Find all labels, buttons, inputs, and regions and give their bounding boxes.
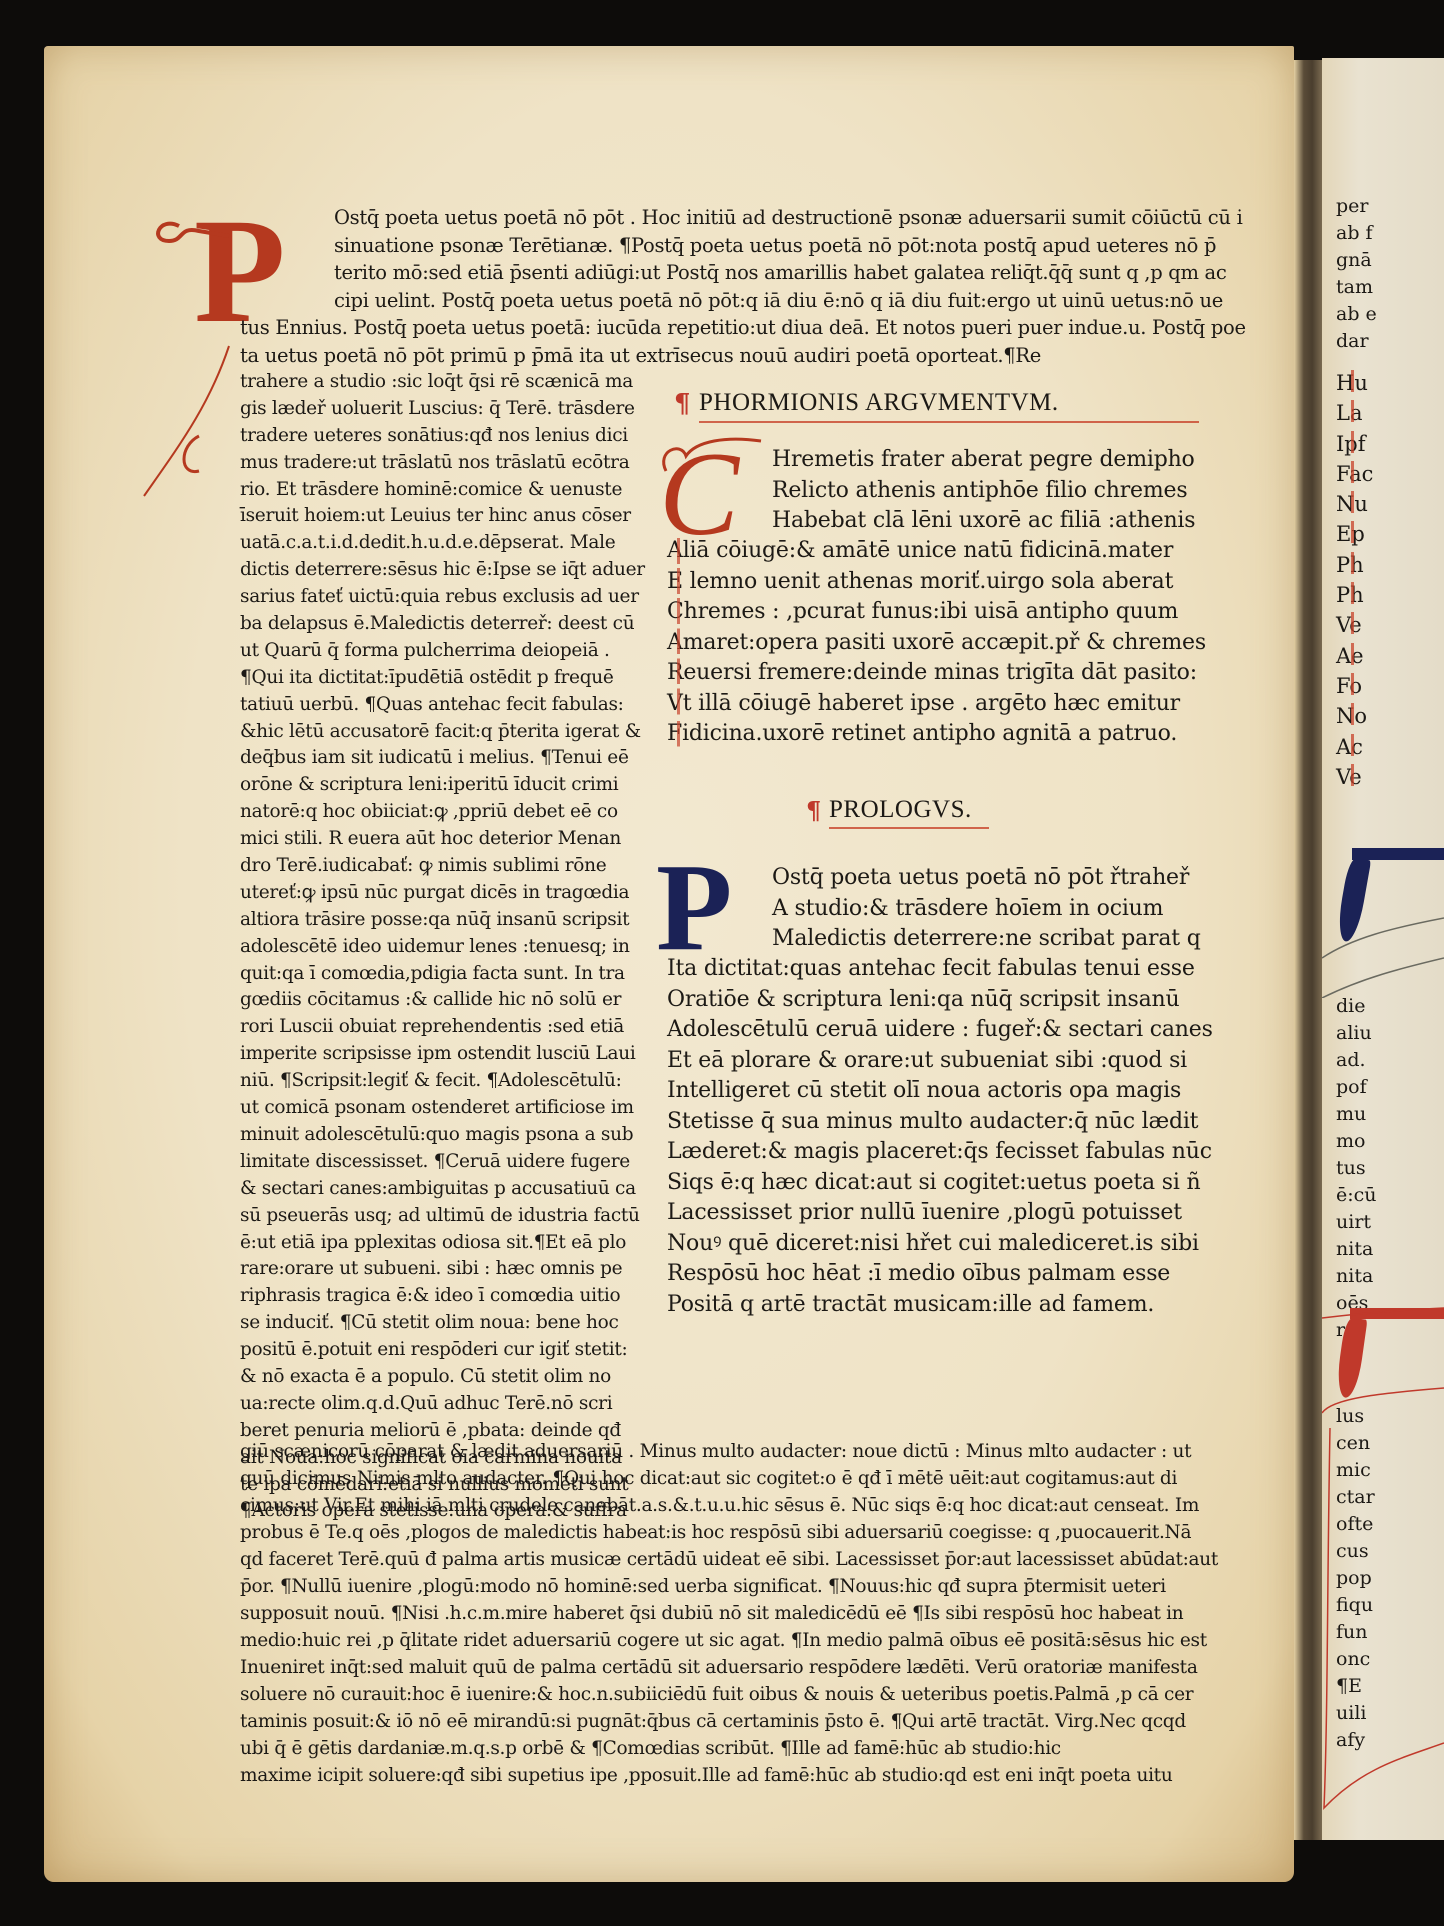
fragment: nita <box>1336 1236 1377 1263</box>
verse-line: Et eā plorare & orare:ut subueniat sibi … <box>667 1046 1213 1077</box>
fragment: ab e <box>1336 301 1377 328</box>
fragment: Ae <box>1336 641 1373 671</box>
commentary-line: giū scænicorū cōparat & lædit aduersariū… <box>240 1438 1218 1465</box>
commentary-line: limitate discessisset. ¶Ceruā uidere fug… <box>240 1149 645 1176</box>
prologus-verses: Ita dictitat:quas antehac fecit fabulas … <box>667 954 1213 1320</box>
fragment: cus <box>1336 1538 1375 1565</box>
verse-line: Siqs ē:q hæc dicat:aut si cogitet:uetus … <box>667 1168 1213 1199</box>
verse-line: Habebat clā lēni uxorē ac filiā :athenis <box>772 506 1195 537</box>
commentary-line: maxime icipit soluere:qđ sibi supetius i… <box>240 1762 1218 1789</box>
pilcrow-red-icon: ¶ <box>674 389 691 419</box>
fragment: mu <box>1336 1101 1377 1128</box>
rubric-stroke-column <box>677 538 680 753</box>
fragment: aliu <box>1336 1020 1377 1047</box>
fragment: uili <box>1336 1700 1375 1727</box>
commentary-line: ut comicā psonam ostenderet artificiose … <box>240 1095 645 1122</box>
commentary-line: ē:ut etiā ipa pplexitas odiosa sit.¶Et e… <box>240 1230 645 1257</box>
commentary-line: medio:huic rei ,p q̄litate ridet aduersa… <box>240 1627 1218 1654</box>
fragment: die <box>1336 993 1377 1020</box>
left-commentary-column: trahere a studio :sic loq̄t q̄si rē scæn… <box>240 369 645 1525</box>
fragment: ad. <box>1336 1047 1377 1074</box>
commentary-line: trahere a studio :sic loq̄t q̄si rē scæn… <box>240 369 645 396</box>
commentary-line: mici stili. R euera aūt hoc deterior Men… <box>240 826 645 853</box>
fragment: ē:cū <box>1336 1182 1377 1209</box>
fragment: Fo <box>1336 671 1373 701</box>
verse-line: Lacessisset prior nullū īuenire ,plogū p… <box>667 1198 1213 1229</box>
commentary-line: ta uetus poetā nō pōt primū p p̄mā ita u… <box>240 342 1246 370</box>
flourish-lines-icon <box>1322 898 1444 998</box>
commentary-line: p̄or. ¶Nullū iuenire ,plogū:modo nō homi… <box>240 1573 1218 1600</box>
fragment: afy <box>1336 1727 1375 1754</box>
commentary-line: utereť:ꝙ ipsū nūc purgat dicēs in tragœd… <box>240 880 645 907</box>
commentary-line: riphrasis tragica ē:& ideo ī comœdia uit… <box>240 1283 645 1310</box>
commentary-line: ut Quarū q̄ forma pulcherrima deiopeiā . <box>240 638 645 665</box>
fragment: uirt <box>1336 1209 1377 1236</box>
verse-line: Oratiōe & scriptura leni:qa nūq̄ scripsi… <box>667 985 1213 1016</box>
pilcrow-red-icon: ¶ <box>806 796 821 825</box>
book-gutter <box>1294 60 1322 1840</box>
drop-cap-p-blue: P <box>656 846 732 971</box>
commentary-line: ¶Qui ita dictitat:īpudētiā ostēdit p fre… <box>240 665 645 692</box>
commentary-line: adolescētē ideo uidemur lenes :tenuesq; … <box>240 934 645 961</box>
fragment: Ph <box>1336 550 1373 580</box>
fragment: nita <box>1336 1263 1377 1290</box>
commentary-line: ubi q̄ ē gētis dardaniæ.m.q.s.p orbē & ¶… <box>240 1735 1218 1762</box>
prologus-heading: PROLOGVS. <box>829 796 972 824</box>
fragment: La <box>1336 398 1373 428</box>
fragment: ab f <box>1336 220 1377 247</box>
verse-line: Stetisse q̄ sua minus multo audacter:q̄ … <box>667 1107 1213 1138</box>
commentary-line: tradere ueteres sonātius:qđ nos lenius d… <box>240 423 645 450</box>
commentary-line: positū ē.potuit eni respōderi cur igiť s… <box>240 1337 645 1364</box>
commentary-line: sarius fateť uictū:quia rebus exclusis a… <box>240 584 645 611</box>
argumentum-underline <box>699 421 1199 423</box>
fragment: ofte <box>1336 1511 1375 1538</box>
verse-line: Vt illā cōiugē haberet ipse . argēto hæc… <box>667 689 1206 720</box>
fragment: Ph <box>1336 580 1373 610</box>
fragment: tam <box>1336 274 1377 301</box>
red-flourish-icon <box>656 431 766 491</box>
commentary-line: qd faceret Terē.quū đ palma artis musicæ… <box>240 1546 1218 1573</box>
commentary-line: quū dicimus Nimis mlto audacter. ¶Qui ho… <box>240 1465 1218 1492</box>
fragment: cen <box>1336 1430 1375 1457</box>
fragment: onc <box>1336 1646 1375 1673</box>
fragment: pof <box>1336 1074 1377 1101</box>
verse-line: Adolescētulū ceruā uidere : fugeř:& sect… <box>667 1015 1213 1046</box>
fragment: tus <box>1336 1155 1377 1182</box>
commentary-line: gis lædeř uoluerit Luscius: q̄ Terē. trā… <box>240 396 645 423</box>
fragment: Ve <box>1336 610 1373 640</box>
fragment: fun <box>1336 1619 1375 1646</box>
verse-line: Aliā cōiugē:& amātē unice natū fidicinā.… <box>667 536 1206 567</box>
commentary-line: soluere nō curauit:hoc ē iuenire:& hoc.n… <box>240 1681 1218 1708</box>
commentary-line: dro Terē.iudicabať: ꝙ nimis sublimi rōne <box>240 853 645 880</box>
commentary-line: uatā.c.a.t.i.d.dedit.h.u.d.e.dēpserat. M… <box>240 530 645 557</box>
main-page: P Ostq̄ poeta uetus poetā nō pōt . Hoc i… <box>44 46 1294 1882</box>
commentary-line: rori Luscii obuiat reprehendentis :sed e… <box>240 1014 645 1041</box>
fragment: pop <box>1336 1565 1375 1592</box>
fragment: Ipf <box>1336 429 1373 459</box>
commentary-line: taminis posuit:& iō nō eē mirandū:si pug… <box>240 1708 1218 1735</box>
commentary-line: sū pseuerās usq; ad ultimū de idustria f… <box>240 1203 645 1230</box>
commentary-line: tus Ennius. Postq̄ poeta uetus poetā: iu… <box>240 314 1246 342</box>
commentary-line: mus tradere:ut trāslatū nos trāslatū ecō… <box>240 450 645 477</box>
fragment: No <box>1336 701 1373 731</box>
commentary-line: īseruit hoiem:ut Leuius ter hinc anus cō… <box>240 503 645 530</box>
commentary-line: tatiuū uerbū. ¶Quas antehac fecit fabula… <box>240 692 645 719</box>
fragment: fiqu <box>1336 1592 1375 1619</box>
bottom-commentary: giū scænicorū cōparat & lædit aduersariū… <box>240 1438 1218 1789</box>
fragment: gnā <box>1336 247 1377 274</box>
commentary-line: altiora trāsire posse:qa nūq̄ insanū scr… <box>240 907 645 934</box>
verse-line: A studio:& trāsdere hoīem in ocium <box>772 894 1201 925</box>
facing-lower-fragments: lus cen mic ctar ofte cus pop fiqu fun o… <box>1336 1403 1375 1754</box>
commentary-line: natorē:q hoc obiiciat:ꝙ ,ppriū debet eē … <box>240 799 645 826</box>
commentary-line: & nō exacta ē a populo. Cū stetit olim n… <box>240 1364 645 1391</box>
verse-line: Intelligeret cū stetit olī noua actoris … <box>667 1076 1213 1107</box>
commentary-line: rare:orare ut subueni. sibi : hæc omnis … <box>240 1256 645 1283</box>
commentary-line: rio. Et trāsdere hominē:comice & uenuste <box>240 477 645 504</box>
fragment: Ac <box>1336 732 1373 762</box>
commentary-line: ua:recte olim.q.d.Quū adhuc Terē.nō scri <box>240 1391 645 1418</box>
fragment: mic <box>1336 1457 1375 1484</box>
commentary-line: cipi uelint. Postq̄ poeta uetus poetā nō… <box>334 287 1243 315</box>
top-commentary-full: tus Ennius. Postq̄ poeta uetus poetā: iu… <box>240 314 1246 369</box>
verse-line: Respōsū hoc hēat :ī medio oībus palmam e… <box>667 1259 1213 1290</box>
fragment: mo <box>1336 1128 1377 1155</box>
fragment: dar <box>1336 328 1377 355</box>
commentary-line: sinuatione psonæ Terētianæ. ¶Postq̄ poet… <box>334 232 1243 260</box>
verse-line: E lemno uenit athenas moriť.uirgo sola a… <box>667 567 1206 598</box>
commentary-line: & sectari canes:ambiguitas p accusatiuū … <box>240 1176 645 1203</box>
fragment: lus <box>1336 1403 1375 1430</box>
prologus-underline <box>829 827 989 829</box>
commentary-line: orōne & scriptura leni:iperitū īducit cr… <box>240 772 645 799</box>
verse-line: Fidicina.uxorē retinet antipho agnitā a … <box>667 719 1206 750</box>
fragment: Ep <box>1336 519 1373 549</box>
verse-line: Nouꝰ quē diceret:nisi hřet cui maledicer… <box>667 1229 1213 1260</box>
commentary-line: Ostq̄ poeta uetus poetā nō pōt . Hoc ini… <box>334 204 1243 232</box>
verse-line: Hremetis frater aberat pegre demipho <box>772 445 1195 476</box>
fragment: ¶E <box>1336 1673 1375 1700</box>
commentary-line: &hic lētū accusatorē facit:q p̄terita ig… <box>240 719 645 746</box>
prologus-verses-indented: Ostq̄ poeta uetus poetā nō pōt řtraheř A… <box>772 863 1201 955</box>
commentary-line: supposuit nouū. ¶Nisi .h.c.m.mire habere… <box>240 1600 1218 1627</box>
commentary-line: dictis deterrere:sēsus hic ē:Ipse se iq̄… <box>240 557 645 584</box>
fragment: ctar <box>1336 1484 1375 1511</box>
commentary-line: cimus:ut Vir.Et mihi iā mlti crudele can… <box>240 1492 1218 1519</box>
argumentum-verses-indented: Hremetis frater aberat pegre demipho Rel… <box>772 445 1195 537</box>
commentary-line: imperite scripsisse ipm ostendit lusciū … <box>240 1041 645 1068</box>
fragment: Hu <box>1336 368 1373 398</box>
verse-line: Ostq̄ poeta uetus poetā nō pōt řtraheř <box>772 863 1201 894</box>
argumentum-verses: Aliā cōiugē:& amātē unice natū fidicinā.… <box>667 536 1206 750</box>
argumentum-heading: PHORMIONIS ARGVMENTVM. <box>699 389 1059 417</box>
fragment: Ve <box>1336 762 1373 792</box>
top-commentary: Ostq̄ poeta uetus poetā nō pōt . Hoc ini… <box>334 204 1243 314</box>
commentary-line: terito mō:sed etiā p̄senti adiūgi:ut Pos… <box>334 259 1243 287</box>
verse-line: Relicto athenis antiphōe filio chremes <box>772 476 1195 507</box>
facing-top-fragments: per ab f gnā tam ab e dar <box>1336 193 1377 355</box>
commentary-line: niū. ¶Scripsit:legiť & fecit. ¶Adolescēt… <box>240 1068 645 1095</box>
facing-verse-fragments: Hu La Ipf Fac Nu Ep Ph Ph Ve Ae Fo No Ac… <box>1336 368 1373 792</box>
commentary-line: gœdiis cōcitamus :& callide hic nō solū … <box>240 987 645 1014</box>
verse-line: Læderet:& magis placeret:q̄s fecisset fa… <box>667 1137 1213 1168</box>
fragment: per <box>1336 193 1377 220</box>
blue-initial-bar <box>1352 848 1444 860</box>
commentary-line: quit:qa ī comœdia,pdigia facta sunt. In … <box>240 961 645 988</box>
verse-line: Chremes : ,pcurat funus:ibi uisā antipho… <box>667 597 1206 628</box>
commentary-line: se induciť. ¶Cū stetit olim noua: bene h… <box>240 1310 645 1337</box>
commentary-line: minuit adolescētulū:quo magis psona a su… <box>240 1122 645 1149</box>
verse-line: Positā q artē tractāt musicam:ille ad fa… <box>667 1290 1213 1321</box>
commentary-line: ba delapsus ē.Maledictis deterreř: deest… <box>240 611 645 638</box>
fragment: Fac <box>1336 459 1373 489</box>
verse-line: Maledictis deterrere:ne scribat parat q <box>772 924 1201 955</box>
verse-line: Ita dictitat:quas antehac fecit fabulas … <box>667 954 1213 985</box>
commentary-line: deq̄bus iam sit iudicatū i melius. ¶Tenu… <box>240 745 645 772</box>
commentary-line: probus ē Te.q oēs ,plogos de maledictis … <box>240 1519 1218 1546</box>
facing-page: per ab f gnā tam ab e dar Hu La Ipf Fac … <box>1322 58 1444 1840</box>
commentary-line: Inueniret inq̄t:sed maluit quū de palma … <box>240 1654 1218 1681</box>
fragment: Nu <box>1336 489 1373 519</box>
verse-line: Amaret:opera pasiti uxorē accæpit.př & c… <box>667 628 1206 659</box>
verse-line: Reuersi fremere:deinde minas trigīta dāt… <box>667 658 1206 689</box>
